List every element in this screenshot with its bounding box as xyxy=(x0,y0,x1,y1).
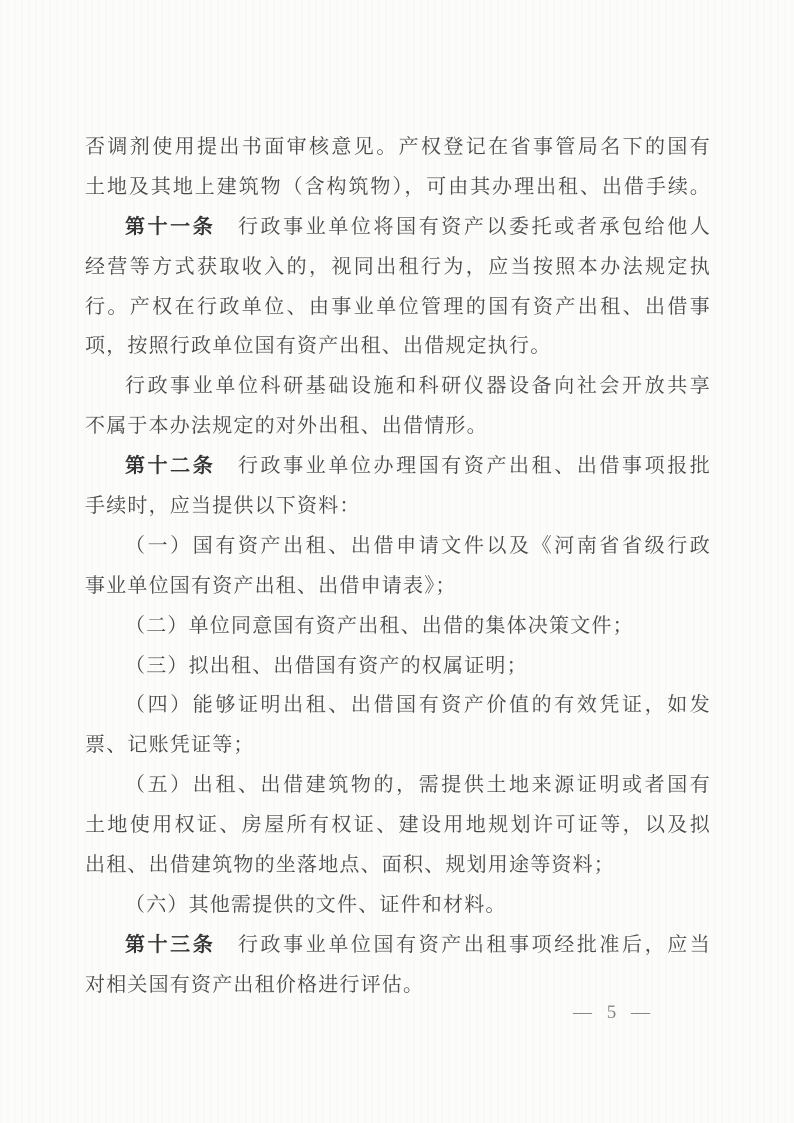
text-run: （五）出租、出借建筑物的，需提供土地来源证明或者国有 xyxy=(125,774,711,796)
text-run: 行政事业单位国有资产出租事项经批准后，应当 xyxy=(215,934,711,956)
text-run: （三）拟出租、出借国有资产的权属证明； xyxy=(125,655,528,677)
text-line: 行政事业单位科研基础设施和科研仪器设备向社会开放共享 xyxy=(85,367,711,407)
text-run: （二）单位同意国有资产出租、出借的集体决策文件； xyxy=(125,615,634,637)
text-run: （一）国有资产出租、出借申请文件以及《河南省省级行政 xyxy=(125,535,711,557)
text-line: 手续时，应当提供以下资料： xyxy=(85,487,711,527)
text-line: 经营等方式获取收入的，视同出租行为，应当按照本办法规定执 xyxy=(85,248,711,288)
text-run: 行。产权在行政单位、由事业单位管理的国有资产出租、出借事 xyxy=(85,296,711,318)
text-line: 对相关国有资产出租价格进行评估。 xyxy=(85,966,711,1006)
text-run: （四）能够证明出租、出借国有资产价值的有效凭证，如发 xyxy=(125,694,711,716)
text-line: 票、记账凭证等； xyxy=(85,726,711,766)
text-run: 经营等方式获取收入的，视同出租行为，应当按照本办法规定执 xyxy=(85,256,711,278)
text-line: 行。产权在行政单位、由事业单位管理的国有资产出租、出借事 xyxy=(85,288,711,328)
text-run: 项，按照行政单位国有资产出租、出借规定执行。 xyxy=(85,335,551,357)
text-line: 第十三条 行政事业单位国有资产出租事项经批准后，应当 xyxy=(85,926,711,966)
text-line: （二）单位同意国有资产出租、出借的集体决策文件； xyxy=(85,607,711,647)
text-run: 土地使用权证、房屋所有权证、建设用地规划许可证等，以及拟 xyxy=(85,814,711,836)
text-run: （六）其他需提供的文件、证件和材料。 xyxy=(125,894,507,916)
text-run: 行政事业单位将国有资产以委托或者承包给他人 xyxy=(215,216,711,238)
article-number: 第十二条 xyxy=(125,455,215,477)
text-line: （一）国有资产出租、出借申请文件以及《河南省省级行政 xyxy=(85,527,711,567)
text-run: 土地及其地上建筑物（含构筑物），可由其办理出租、出借手续。 xyxy=(85,176,711,198)
page-number: — 5 — xyxy=(573,1002,655,1024)
text-run: 对相关国有资产出租价格进行评估。 xyxy=(85,974,424,996)
article-number: 第十三条 xyxy=(125,934,215,956)
text-run: 事业单位国有资产出租、出借申请表》； xyxy=(85,575,457,597)
text-line: 否调剂使用提出书面审核意见。产权登记在省事管局名下的国有 xyxy=(85,128,711,168)
article-number: 第十一条 xyxy=(125,216,215,238)
text-run: 手续时，应当提供以下资料： xyxy=(85,495,361,517)
document-body: 否调剂使用提出书面审核意见。产权登记在省事管局名下的国有土地及其地上建筑物（含构… xyxy=(85,128,711,1006)
text-line: 土地使用权证、房屋所有权证、建设用地规划许可证等，以及拟 xyxy=(85,806,711,846)
text-line: （四）能够证明出租、出借国有资产价值的有效凭证，如发 xyxy=(85,686,711,726)
text-line: 第十一条 行政事业单位将国有资产以委托或者承包给他人 xyxy=(85,208,711,248)
text-line: 土地及其地上建筑物（含构筑物），可由其办理出租、出借手续。 xyxy=(85,168,711,208)
text-run: 票、记账凭证等； xyxy=(85,734,255,756)
text-line: 第十二条 行政事业单位办理国有资产出租、出借事项报批 xyxy=(85,447,711,487)
text-run: 行政事业单位科研基础设施和科研仪器设备向社会开放共享 xyxy=(125,375,711,397)
scanned-document-page: 否调剂使用提出书面审核意见。产权登记在省事管局名下的国有土地及其地上建筑物（含构… xyxy=(0,0,794,1123)
text-line: 项，按照行政单位国有资产出租、出借规定执行。 xyxy=(85,327,711,367)
text-line: （三）拟出租、出借国有资产的权属证明； xyxy=(85,647,711,687)
text-line: 不属于本办法规定的对外出租、出借情形。 xyxy=(85,407,711,447)
text-run: 否调剂使用提出书面审核意见。产权登记在省事管局名下的国有 xyxy=(85,136,711,158)
text-line: 事业单位国有资产出租、出借申请表》； xyxy=(85,567,711,607)
text-line: （五）出租、出借建筑物的，需提供土地来源证明或者国有 xyxy=(85,766,711,806)
text-line: （六）其他需提供的文件、证件和材料。 xyxy=(85,886,711,926)
text-run: 出租、出借建筑物的坐落地点、面积、规划用途等资料； xyxy=(85,854,615,876)
text-run: 不属于本办法规定的对外出租、出借情形。 xyxy=(85,415,488,437)
text-run: 行政事业单位办理国有资产出租、出借事项报批 xyxy=(215,455,711,477)
text-line: 出租、出借建筑物的坐落地点、面积、规划用途等资料； xyxy=(85,846,711,886)
